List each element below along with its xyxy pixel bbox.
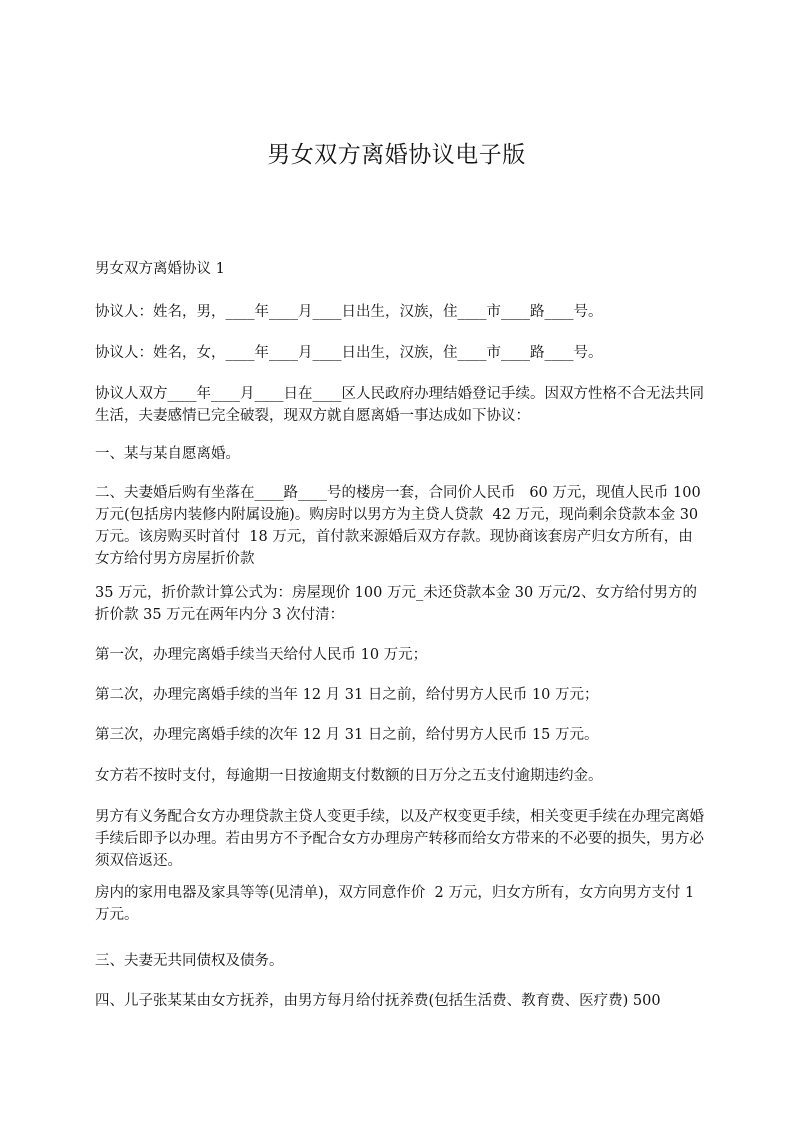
clause-3-paragraph: 三、夫妻无共同债权及债务。 (95, 950, 705, 972)
document-page: 男女双方离婚协议电子版 男女双方离婚协议 1 协议人：姓名，男，____年___… (0, 0, 793, 1122)
party-male-line: 协议人：姓名，男，____年____月____日出生，汉族，住____市____… (95, 301, 705, 323)
clause-2-formula-paragraph: 35 万元，折价款计算公式为：房屋现价 100 万元_未还贷款本金 30 万元/… (95, 582, 705, 626)
payment-2-paragraph: 第二次，办理完离婚手续的当年 12 月 31 日之前，给付男方人民币 10 万元… (95, 684, 705, 706)
payment-1-paragraph: 第一次，办理完离婚手续当天给付人民币 10 万元； (95, 644, 705, 666)
late-penalty-paragraph: 女方若不按时支付，每逾期一日按逾期支付数额的日万分之五支付逾期违约金。 (95, 765, 705, 787)
preamble-paragraph: 协议人双方____年____月____日在____区人民政府办理结婚登记手续。因… (95, 383, 705, 427)
payment-3-paragraph: 第三次，办理完离婚手续的次年 12 月 31 日之前，给付男方人民币 15 万元… (95, 724, 705, 746)
clause-2-paragraph: 二、夫妻婚后购有坐落在____路____号的楼房一套，合同价人民币 60 万元，… (95, 482, 705, 570)
document-title: 男女双方离婚协议电子版 (0, 136, 793, 169)
clause-4-paragraph: 四、儿子张某某由女方抚养，由男方每月给付抚养费(包括生活费、教育费、医疗费) 5… (95, 990, 705, 1012)
furniture-paragraph: 房内的家用电器及家具等等(见清单)，双方同意作价 2 万元，归女方所有，女方向男… (95, 882, 705, 926)
agreement-subtitle: 男女双方离婚协议 1 (95, 258, 705, 280)
party-female-line: 协议人：姓名，女，____年____月____日出生，汉族，住____市____… (95, 342, 705, 364)
clause-1-paragraph: 一、某与某自愿离婚。 (95, 443, 705, 465)
loan-transfer-paragraph: 男方有义务配合女方办理贷款主贷人变更手续，以及产权变更手续，相关变更手续在办理完… (95, 806, 705, 872)
